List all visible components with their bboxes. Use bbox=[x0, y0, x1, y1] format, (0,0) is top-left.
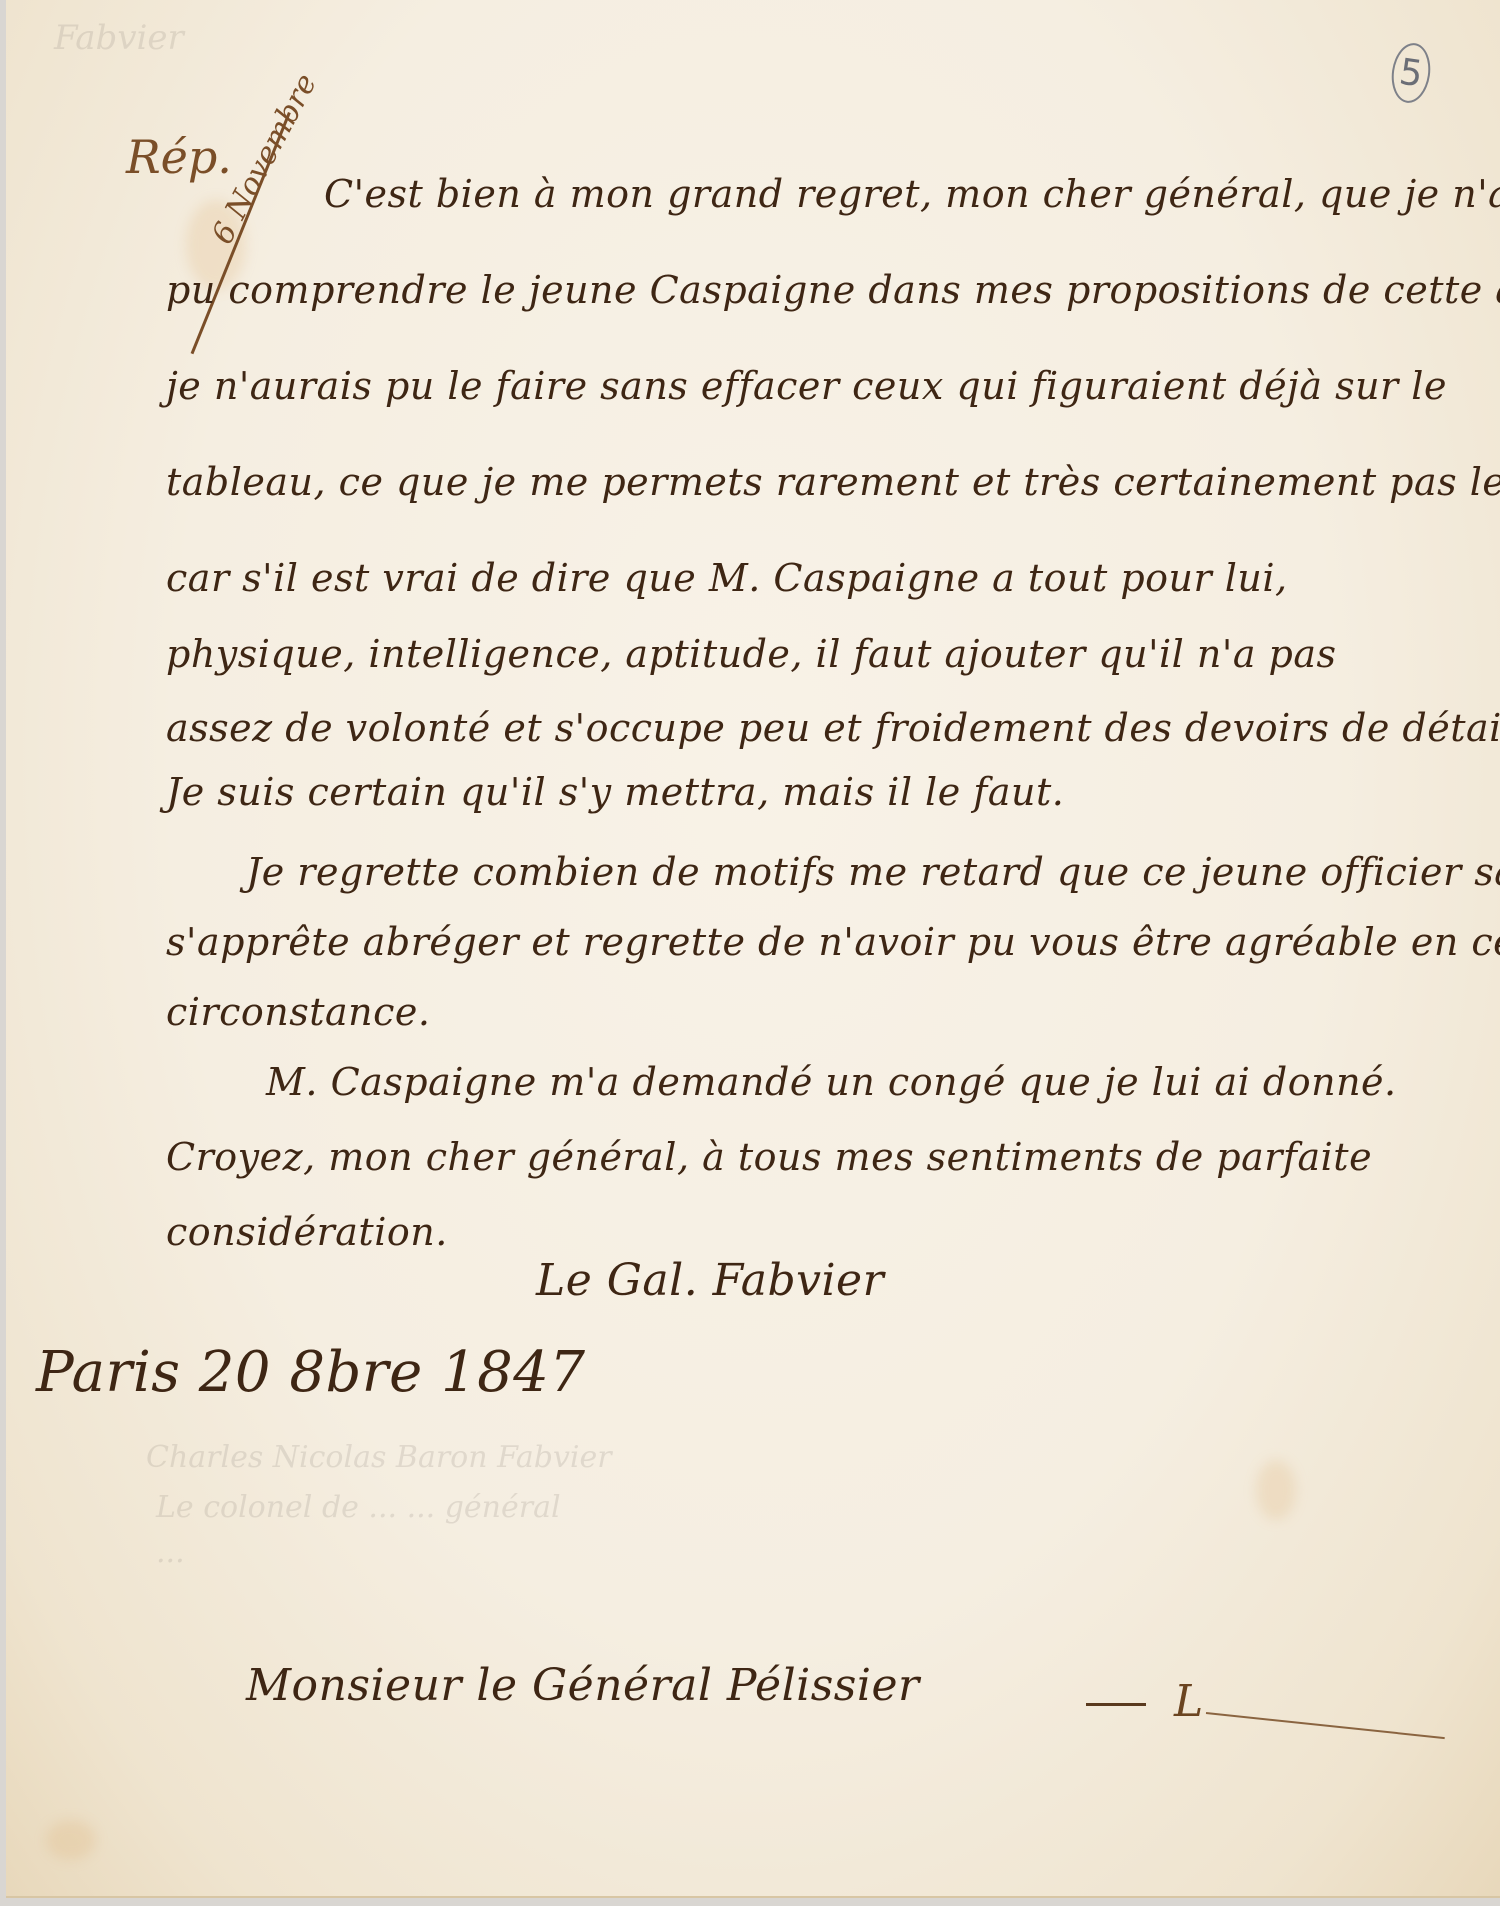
letter-line: physique, intelligence, aptitude, il fau… bbox=[166, 632, 1337, 676]
letter-line: assez de volonté et s'occupe peu et froi… bbox=[166, 706, 1500, 750]
faint-pencil-note: ... bbox=[156, 1535, 185, 1570]
letter-line: C'est bien à mon grand regret, mon cher … bbox=[324, 172, 1500, 216]
letter-line: Je suis certain qu'il s'y mettra, mais i… bbox=[166, 770, 1064, 814]
faint-pencil-note: Charles Nicolas Baron Fabvier bbox=[146, 1440, 612, 1475]
archive-number-circle: 5 bbox=[1388, 41, 1434, 106]
letter-line: s'apprête abréger et regrette de n'avoir… bbox=[166, 920, 1500, 964]
letter-line: Croyez, mon cher général, à tous mes sen… bbox=[166, 1135, 1372, 1179]
letter-line: tableau, ce que je me permets rarement e… bbox=[166, 460, 1500, 504]
letter-line: car s'il est vrai de dire que M. Caspaig… bbox=[166, 556, 1288, 600]
archive-number: 5 bbox=[1397, 51, 1425, 95]
addressee-underline-flourish bbox=[1206, 1712, 1445, 1739]
letter-line: circonstance. bbox=[166, 990, 430, 1034]
faint-pencil-note: Le colonel de ... ... général bbox=[156, 1490, 561, 1525]
letter-line: je n'aurais pu le faire sans effacer ceu… bbox=[166, 364, 1447, 408]
addressee: Monsieur le Général Pélissier bbox=[246, 1660, 920, 1711]
letter-paper: Fabvier 5 Rép. 6 Novembre C'est bien à m… bbox=[6, 0, 1500, 1898]
date-line: Paris 20 8bre 1847 bbox=[36, 1340, 586, 1405]
margin-annotation-rep: Rép. bbox=[126, 130, 232, 184]
foxing-stain bbox=[46, 1820, 96, 1860]
faint-archive-name: Fabvier bbox=[54, 18, 184, 58]
letter-line: considération. bbox=[166, 1210, 448, 1254]
foxing-stain bbox=[1256, 1460, 1296, 1520]
letter-line: Je regrette combien de motifs me retard … bbox=[246, 850, 1500, 894]
signature: Le Gal. Fabvier bbox=[536, 1255, 884, 1306]
letter-line: pu comprendre le jeune Caspaigne dans me… bbox=[166, 268, 1500, 312]
addressee-dash bbox=[1086, 1703, 1146, 1706]
letter-line: M. Caspaigne m'a demandé un congé que je… bbox=[266, 1060, 1397, 1104]
addressee-flourish: L bbox=[1174, 1676, 1204, 1727]
